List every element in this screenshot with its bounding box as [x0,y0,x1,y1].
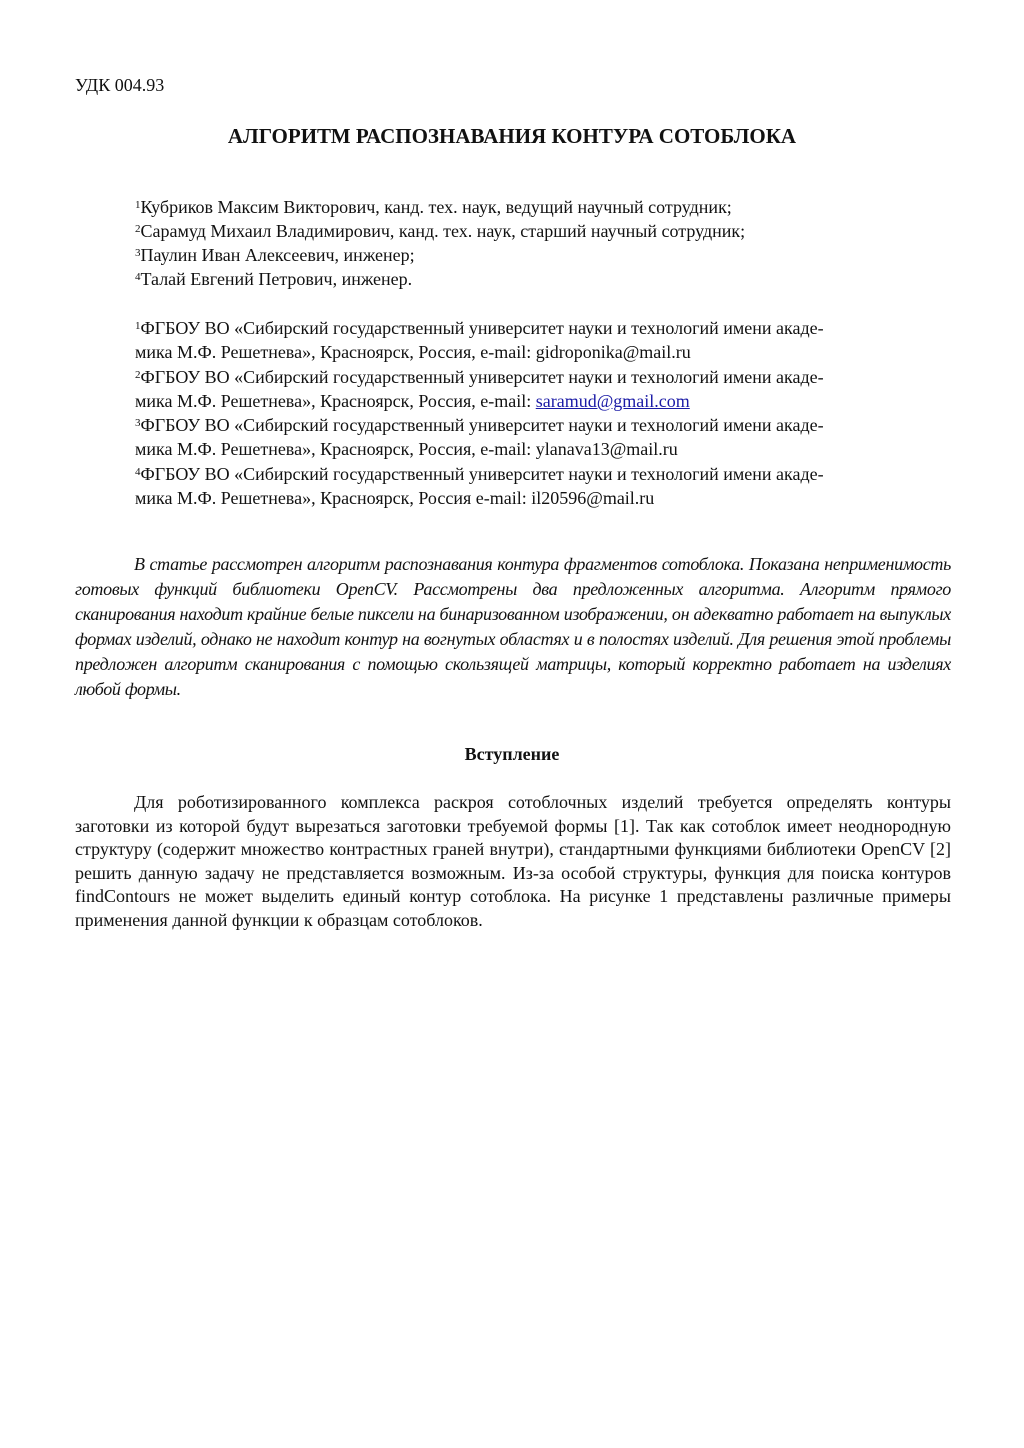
affiliation-list: 1ФГБОУ ВО «Сибирский государственный уни… [135,316,935,510]
udk-code: УДК 004.93 [75,75,164,96]
affiliation: 3ФГБОУ ВО «Сибирский государственный уни… [135,413,935,462]
affiliation: 2ФГБОУ ВО «Сибирский государственный уни… [135,365,935,414]
paper-title: АЛГОРИТМ РАСПОЗНАВАНИЯ КОНТУРА СОТОБЛОКА [0,124,1024,149]
email-text: gidroponika@mail.ru [536,342,691,362]
author-text: Кубриков Максим Викторович, канд. тех. н… [141,197,732,217]
author-line: 2Сарамуд Михаил Владимирович, канд. тех.… [135,219,955,243]
author-number: 4 [135,271,141,283]
affiliation-number: 2 [135,369,141,381]
affiliation-text: ФГБОУ ВО «Сибирский государственный унив… [141,367,824,387]
abstract: В статье рассмотрен алгоритм распознаван… [75,552,951,702]
author-line: 3Паулин Иван Алексеевич, инженер; [135,243,955,267]
affiliation-number: 3 [135,417,141,429]
author-number: 1 [135,199,141,211]
intro-paragraph: Для роботизированного комплекса раскроя … [75,791,951,932]
author-line: 4Талай Евгений Петрович, инженер. [135,267,955,291]
affiliation-text: ФГБОУ ВО «Сибирский государственный унив… [141,318,824,338]
author-text: Сарамуд Михаил Владимирович, канд. тех. … [141,221,746,241]
affiliation-text: ФГБОУ ВО «Сибирский государственный унив… [141,415,824,435]
section-heading: Вступление [0,744,1024,765]
author-text: Талай Евгений Петрович, инженер. [141,269,413,289]
affiliation: 4ФГБОУ ВО «Сибирский государственный уни… [135,462,935,511]
author-list: 1Кубриков Максим Викторович, канд. тех. … [135,195,955,291]
email-text: ylanava13@mail.ru [536,439,678,459]
author-text: Паулин Иван Алексеевич, инженер; [141,245,415,265]
author-number: 2 [135,223,141,235]
author-line: 1Кубриков Максим Викторович, канд. тех. … [135,195,955,219]
affiliation-text: мика М.Ф. Решетнева», Красноярск, Россия… [135,342,536,362]
affiliation-text: мика М.Ф. Решетнева», Красноярск, Россия… [135,391,536,411]
affiliation-number: 1 [135,320,141,332]
email-text: il20596@mail.ru [531,488,654,508]
email-link[interactable]: saramud@gmail.com [536,391,690,411]
affiliation-text: мика М.Ф. Решетнева», Красноярск, Россия… [135,488,531,508]
affiliation-number: 4 [135,466,141,478]
affiliation: 1ФГБОУ ВО «Сибирский государственный уни… [135,316,935,365]
affiliation-text: мика М.Ф. Решетнева», Красноярск, Россия… [135,439,536,459]
author-number: 3 [135,247,141,259]
affiliation-text: ФГБОУ ВО «Сибирский государственный унив… [141,464,824,484]
